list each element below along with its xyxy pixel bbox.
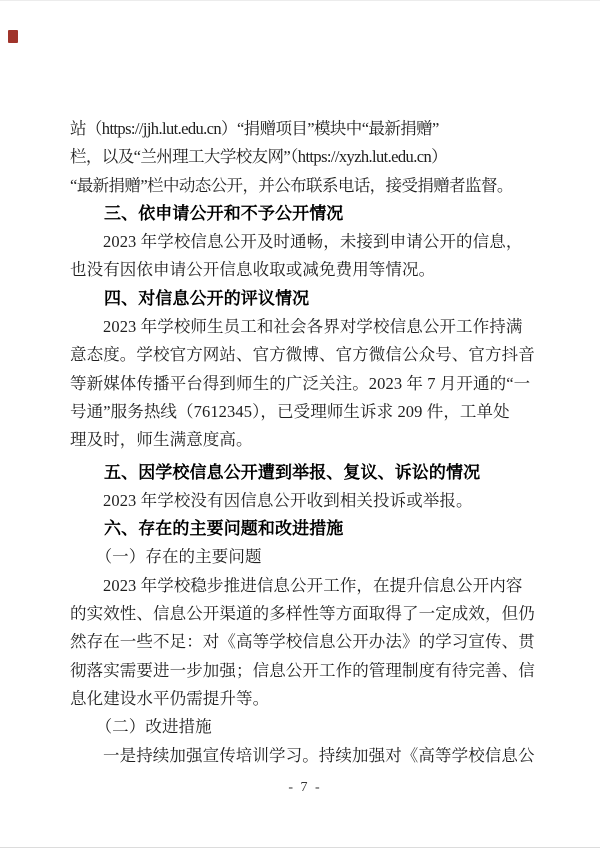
text-line: 的实效性、信息公开渠道的多样性等方面取得了一定成效，但仍 — [70, 600, 540, 628]
page-number: - 7 - — [70, 780, 540, 796]
text-line: “最新捐赠”栏中动态公开，并公布联系电话，接受捐赠者监督。 — [70, 172, 540, 200]
text-line: 栏，以及“兰州理工大学校友网”（https://xyzh.lut.edu.cn） — [70, 143, 540, 171]
document-page: 站（https://jjh.lut.edu.cn）“捐赠项目”模块中“最新捐赠”… — [0, 0, 600, 848]
document-body: 站（https://jjh.lut.edu.cn）“捐赠项目”模块中“最新捐赠”… — [70, 115, 540, 770]
text-line: 息化建设水平仍需提升等。 — [70, 685, 540, 713]
text-line: 站（https://jjh.lut.edu.cn）“捐赠项目”模块中“最新捐赠” — [70, 115, 540, 143]
text-line: 六、存在的主要问题和改进措施 — [70, 515, 540, 543]
text-line: （二）改进措施 — [70, 713, 540, 741]
text-line: 一是持续加强宣传培训学习。持续加强对《高等学校信息公 — [70, 742, 540, 770]
text-line: 2023 年学校信息公开及时通畅，未接到申请公开的信息， — [70, 228, 540, 256]
text-line: 号通”服务热线（7612345），已受理师生诉求 209 件，工单处 — [70, 398, 540, 426]
text-line: 2023 年学校稳步推进信息公开工作，在提升信息公开内容 — [70, 572, 540, 600]
text-line: 意态度。学校官方网站、官方微博、官方微信公众号、官方抖音 — [70, 341, 540, 369]
text-line: 也没有因依申请公开信息收取或减免费用等情况。 — [70, 256, 540, 284]
text-line: 五、因学校信息公开遭到举报、复议、诉讼的情况 — [70, 459, 540, 487]
text-line: 四、对信息公开的评议情况 — [70, 285, 540, 313]
text-line: 三、依申请公开和不予公开情况 — [70, 200, 540, 228]
text-line: （一）存在的主要问题 — [70, 543, 540, 571]
text-line: 2023 年学校没有因信息公开收到相关投诉或举报。 — [70, 487, 540, 515]
text-line: 理及时，师生满意度高。 — [70, 426, 540, 454]
text-line: 等新媒体传播平台得到师生的广泛关注。2023 年 7 月开通的“一 — [70, 370, 540, 398]
text-line: 然存在一些不足：对《高等学校信息公开办法》的学习宣传、贯 — [70, 628, 540, 656]
text-line: 彻落实需要进一步加强；信息公开工作的管理制度有待完善、信 — [70, 657, 540, 685]
annotation-marker-icon — [8, 30, 18, 43]
text-line: 2023 年学校师生员工和社会各界对学校信息公开工作持满 — [70, 313, 540, 341]
